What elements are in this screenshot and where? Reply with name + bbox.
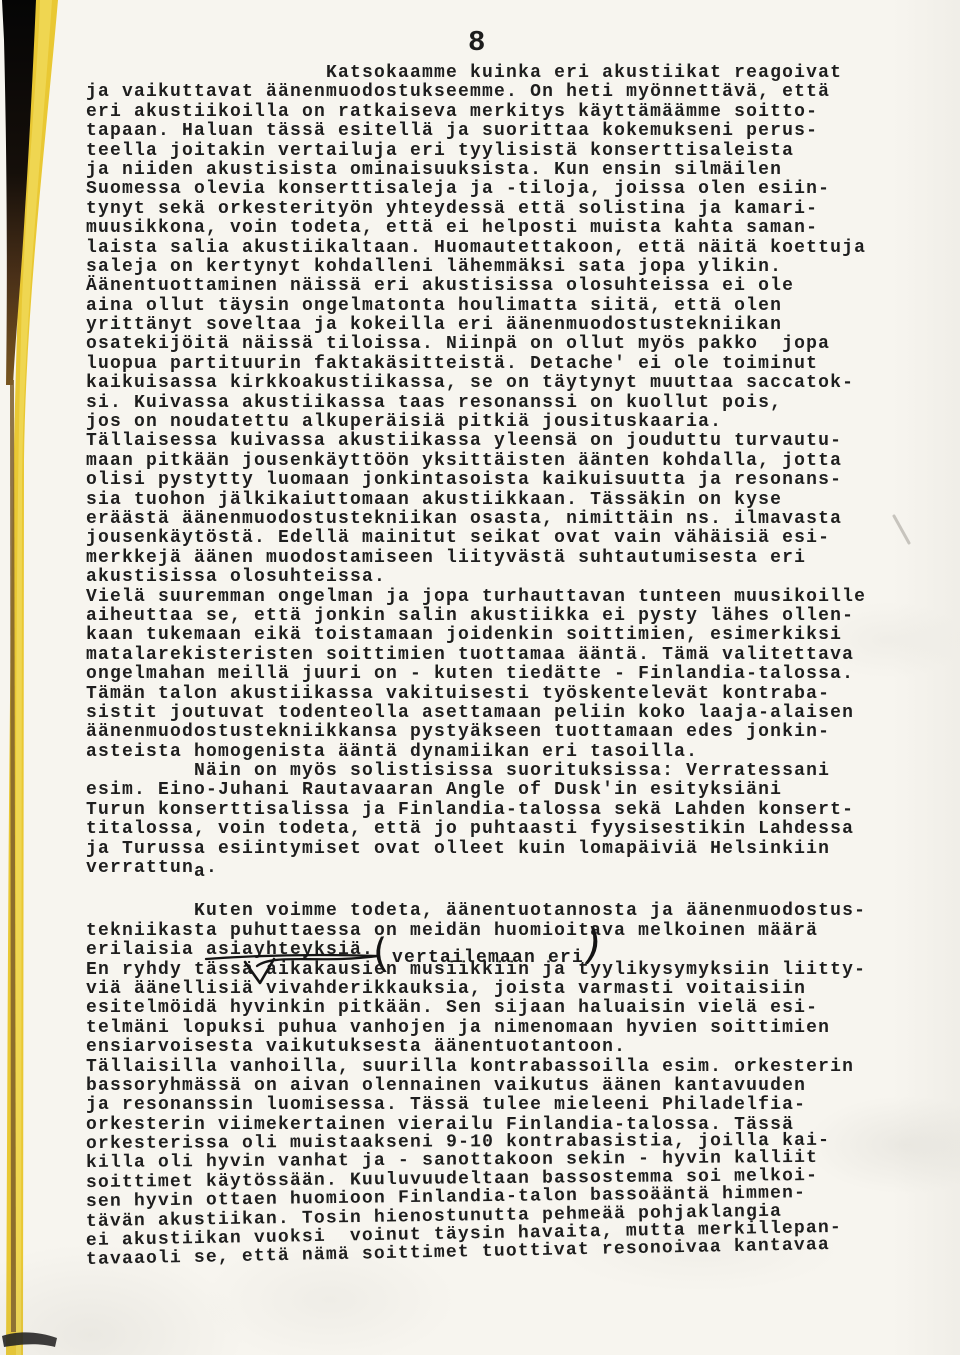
binding-yellow-strip — [6, 0, 58, 1355]
annotation-open-paren: ( — [372, 934, 390, 975]
text-line: aina ollut täysin ongelmatonta houlimatt… — [86, 297, 906, 316]
text-line: Vielä suuremman ongelman ja jopa turhaut… — [86, 588, 906, 607]
text-line: äänenmuodostustekniikkansa pystyäkseen t… — [86, 723, 906, 742]
handwritten-annotation: vertailemaan eri — [392, 948, 584, 968]
text-line: esitelmöidä hyvinkin pitkään. Sen sijaan… — [86, 999, 906, 1018]
bottom-edge-mark — [2, 1332, 57, 1347]
text-line: Tämän talon akustiikassa vakituisesti ty… — [86, 685, 906, 704]
text-line: telmäni lopuksi puhua vanhojen ja nimeno… — [86, 1019, 906, 1038]
text-line: Tällaisilla vanhoilla, suurilla kontraba… — [86, 1058, 906, 1077]
text-line: Tällaisessa kuivassa akustiikassa yleens… — [86, 432, 906, 451]
text-line: tynyt sekä orkesterityön yhteydessä että… — [86, 200, 906, 219]
text-line: jousenkäytöstä. Edellä mainitut seikat o… — [86, 529, 906, 548]
verrattuna-period: . — [206, 858, 218, 878]
text-line: Suomessa olevia konserttisaleja ja -tilo… — [86, 180, 906, 199]
text-line: viä äänellisiä vivahderikkauksia, joista… — [86, 980, 906, 999]
text-line: asteista homogenista ääntä dynamiikan er… — [86, 743, 906, 762]
text-line: laista salia akustiikaltaan. Huomautetta… — [86, 239, 906, 258]
text-line: eri akustiikoilla on ratkaiseva merkitys… — [86, 103, 906, 122]
document-text: Katsokaamme kuinka eri akustiikat reagoi… — [86, 64, 906, 1271]
binding-yellow-highlight — [16, 0, 52, 1355]
text-line: teella joitakin vertailuja eri tyylisist… — [86, 142, 906, 161]
text-line: olisi pystytty luomaan jonkintasoista ka… — [86, 471, 906, 490]
text-line: yrittänyt soveltaa ja kokeilla eri äänen… — [86, 316, 906, 335]
text-line: si. Kuivassa akustiikassa taas resonanss… — [86, 394, 906, 413]
text-line: tekniikasta puhuttaessa on meidän huomio… — [86, 922, 906, 941]
page-number: 8 — [468, 26, 485, 59]
verrattuna-pre: verrattun — [86, 858, 194, 878]
text-line: ja vaikuttavat äänenmuodostukseemme. On … — [86, 83, 906, 102]
text-line: muusikkona, voin todeta, että ei helpost… — [86, 219, 906, 238]
text-line: saleja on kertynyt kohdalleni lähemmäksi… — [86, 258, 906, 277]
text-line: ja niiden akustisista ominaisuuksista. K… — [86, 161, 906, 180]
text-line: ongelmahan meillä juuri on - kuten tiedä… — [86, 665, 906, 684]
text-line: ensiarvoisesta vaikutuksesta äänentuotan… — [86, 1038, 906, 1057]
text-line: titalossa, voin todeta, että jo puhtaast… — [86, 820, 906, 839]
text-line: aiheuttaa se, että jonkin salin akustiik… — [86, 607, 906, 626]
text-line: Turun konserttisalissa ja Finlandia-talo… — [86, 801, 906, 820]
text-line: bassoryhmässä on aivan olennainen vaikut… — [86, 1077, 906, 1096]
text-line-verrattuna: verrattuna. — [86, 859, 906, 878]
text-line: esim. Eino-Juhani Rautavaaran Angle of D… — [86, 781, 906, 800]
text-line: Katsokaamme kuinka eri akustiikat reagoi… — [86, 64, 906, 83]
scanned-document-page: 8 Katsokaamme kuinka eri akustiikat reag… — [0, 0, 960, 1355]
text-line: luopua partituurin faktakäsitteistä. Det… — [86, 355, 906, 374]
text-line: jos on noudatettu alkuperäisiä pitkiä jo… — [86, 413, 906, 432]
text-line: tapaan. Haluan tässä esitellä ja suoritt… — [86, 122, 906, 141]
text-line: eräästä äänenmuodostustekniikan osasta, … — [86, 510, 906, 529]
text-line: ja Turussa esiintymiset ovat olleet kuin… — [86, 840, 906, 859]
text-line: Äänentuottaminen näissä eri akustisissa … — [86, 277, 906, 296]
text-line: Kuten voimme todeta, äänentuotannosta ja… — [86, 902, 906, 921]
text-line: sistit joutuvat todenteolla asettamaan p… — [86, 704, 906, 723]
text-line: merkkejä äänen muodostamiseen liityvästä… — [86, 549, 906, 568]
paragraph-gap — [86, 878, 906, 902]
binding-spine-line — [10, 380, 16, 1332]
text-line: sia tuohon jälkikaiuttomaan akustiikkaan… — [86, 491, 906, 510]
text-line: kaikuisassa kirkkoakustiikassa, se on tä… — [86, 374, 906, 393]
text-line: matalarekisteristen soittimien tuottamaa… — [86, 646, 906, 665]
text-line: ja resonanssin luomisessa. Tässä tulee m… — [86, 1096, 906, 1115]
text-line: maan pitkään jousenkäyttöön yksittäisten… — [86, 452, 906, 471]
text-line: kaan tukemaan eikä toistamaan joidenkin … — [86, 626, 906, 645]
text-line: osatekijöitä näissä tiloissa. Niinpä on … — [86, 335, 906, 354]
verrattuna-dropped-letter: a — [194, 862, 206, 882]
text-line: akustisissa olosuhteissa. — [86, 568, 906, 587]
text-line: Näin on myös solistisissa suorituksissa:… — [86, 762, 906, 781]
binding-black-wedge — [2, 0, 36, 385]
